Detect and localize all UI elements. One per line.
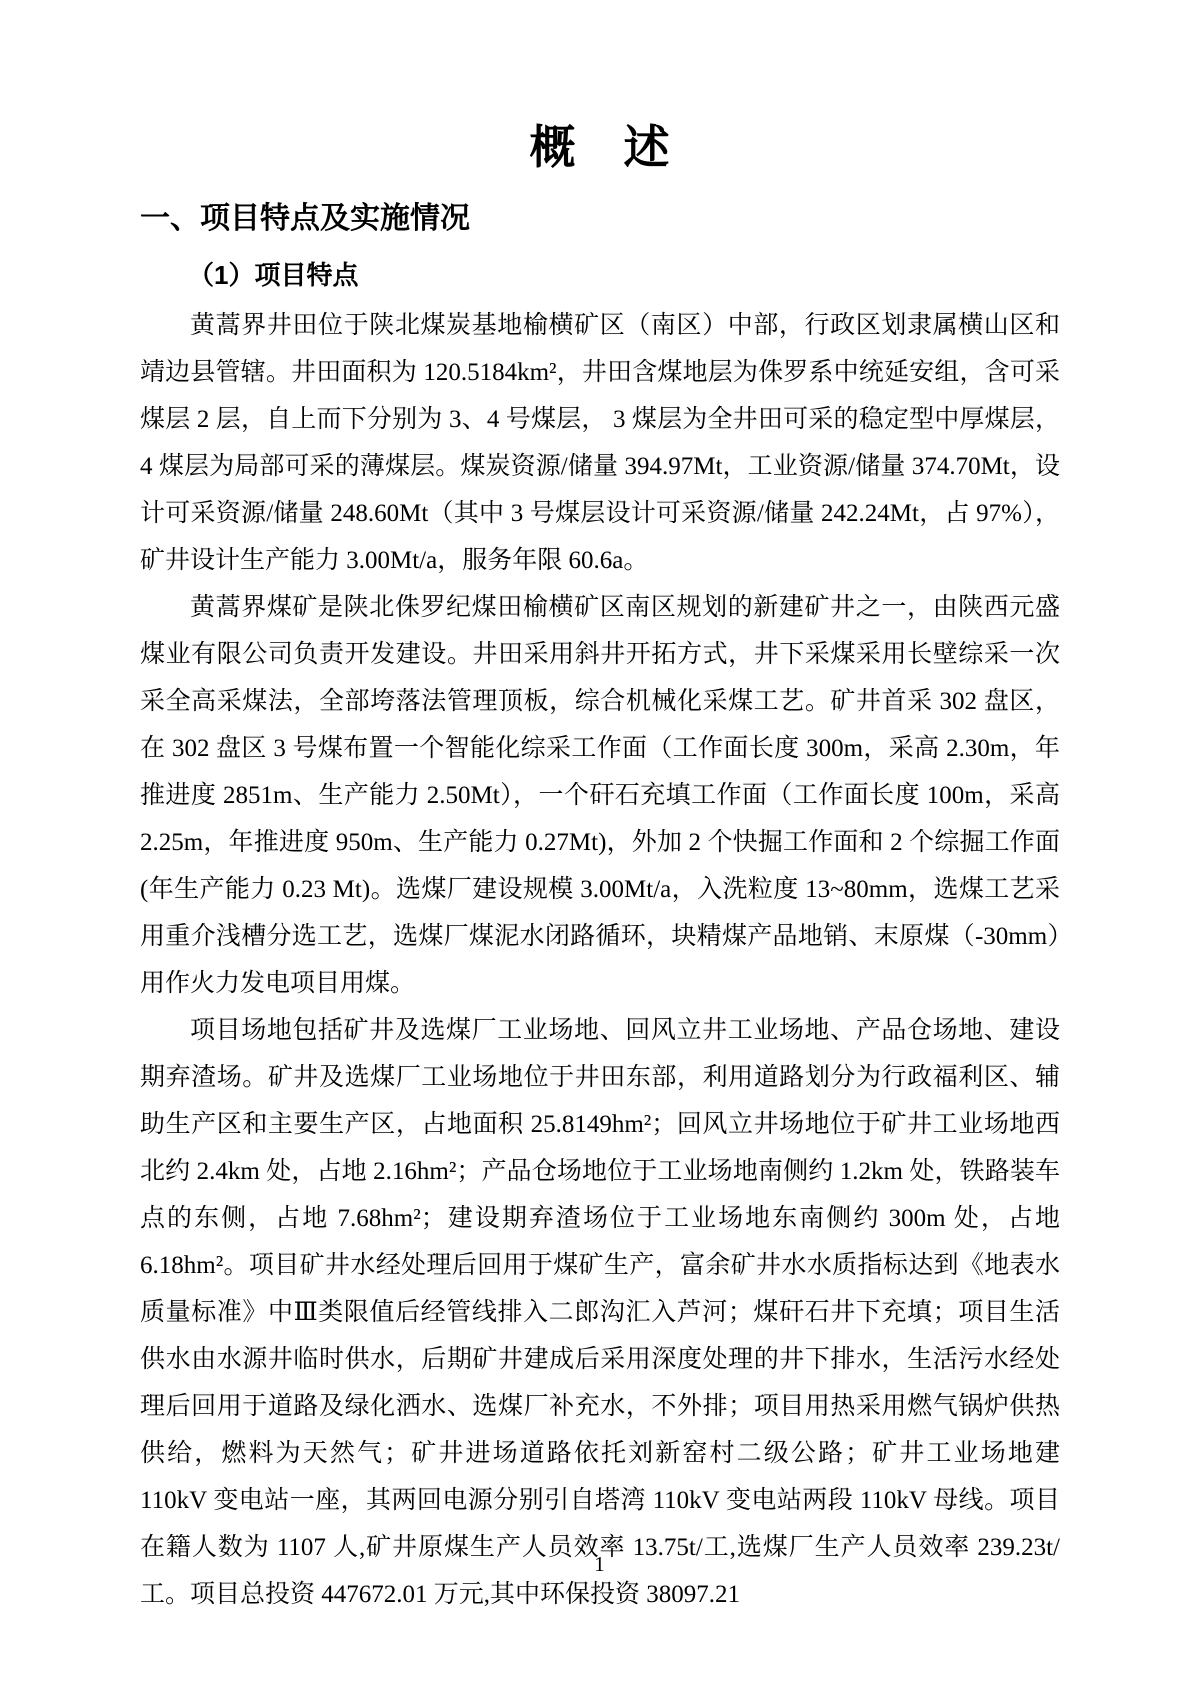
page-title: 概 述 [140, 118, 1060, 176]
document-page: 概 述 一、项目特点及实施情况 （1）项目特点 黄蒿界井田位于陕北煤炭基地榆横矿… [0, 0, 1199, 1696]
sub-heading: （1）项目特点 [140, 258, 1060, 292]
paragraph-project-overview: 黄蒿界井田位于陕北煤炭基地榆横矿区（南区）中部，行政区划隶属横山区和靖边县管辖。… [140, 302, 1060, 584]
paragraph-mine-construction: 黄蒿界煤矿是陕北侏罗纪煤田榆横矿区南区规划的新建矿井之一，由陕西元盛煤业有限公司… [140, 584, 1060, 1007]
paragraph-site-layout: 项目场地包括矿井及选煤厂工业场地、回风立井工业场地、产品仓场地、建设期弃渣场。矿… [140, 1007, 1060, 1618]
section-heading: 一、项目特点及实施情况 [140, 200, 1060, 238]
page-number: 1 [0, 1551, 1199, 1577]
